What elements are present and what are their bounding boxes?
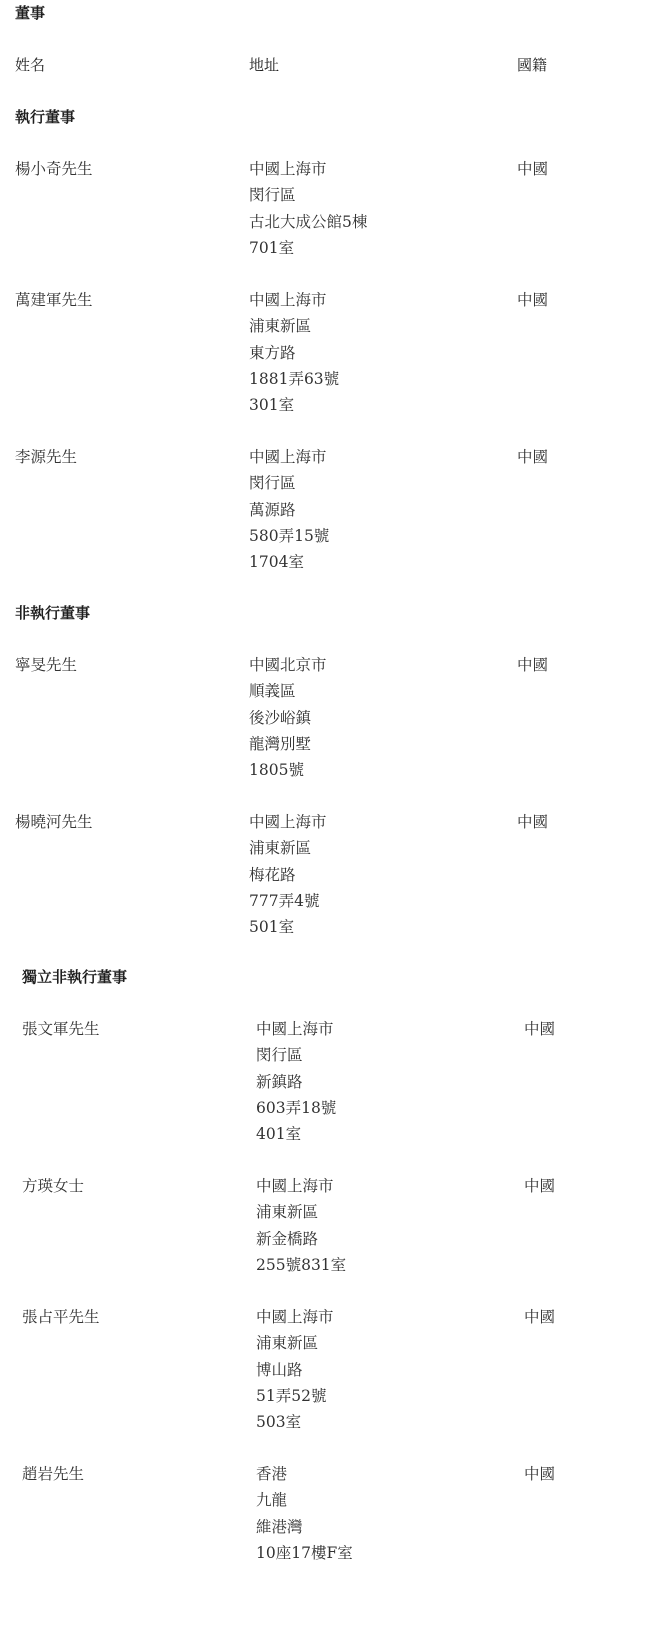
director-nationality: 中國	[517, 444, 548, 470]
page-title: 董事	[15, 0, 45, 26]
address-line: 新鎮路	[256, 1069, 336, 1095]
address-line: 1805號	[249, 757, 327, 783]
director-name: 方瑛女士	[22, 1173, 84, 1199]
director-address: 香港 九龍 維港灣 10座17樓F室	[256, 1461, 353, 1566]
director-name: 楊曉河先生	[15, 809, 93, 835]
address-line: 梅花路	[249, 862, 327, 888]
address-line: 博山路	[256, 1357, 334, 1383]
director-nationality: 中國	[524, 1461, 555, 1487]
address-line: 東方路	[249, 340, 339, 366]
address-line: 閔行區	[249, 470, 329, 496]
address-line: 603弄18號	[256, 1095, 336, 1121]
director-address: 中國上海市 閔行區 萬源路 580弄15號 1704室	[249, 444, 329, 575]
address-line: 1704室	[249, 549, 329, 575]
director-address: 中國北京市 順義區 後沙峪鎮 龍灣別墅 1805號	[249, 652, 327, 783]
address-line: 中國上海市	[249, 444, 329, 470]
director-address: 中國上海市 浦東新區 新金橋路 255號831室	[256, 1173, 346, 1278]
address-line: 中國上海市	[256, 1016, 336, 1042]
director-nationality: 中國	[524, 1173, 555, 1199]
address-line: 後沙峪鎮	[249, 705, 327, 731]
address-line: 閔行區	[256, 1042, 336, 1068]
section-heading-executive: 執行董事	[15, 104, 75, 130]
director-name: 張占平先生	[22, 1304, 100, 1330]
director-nationality: 中國	[517, 156, 548, 182]
address-line: 中國上海市	[256, 1304, 334, 1330]
column-header-address: 地址	[249, 52, 279, 78]
address-line: 777弄4號	[249, 888, 327, 914]
address-line: 九龍	[256, 1487, 353, 1513]
column-header-name: 姓名	[15, 52, 45, 78]
director-nationality: 中國	[517, 809, 548, 835]
address-line: 255號831室	[256, 1252, 346, 1278]
address-line: 中國北京市	[249, 652, 327, 678]
director-address: 中國上海市 浦東新區 梅花路 777弄4號 501室	[249, 809, 327, 940]
address-line: 1881弄63號	[249, 366, 339, 392]
director-name: 李源先生	[15, 444, 77, 470]
address-line: 萬源路	[249, 497, 329, 523]
address-line: 10座17樓F室	[256, 1540, 353, 1566]
address-line: 中國上海市	[249, 156, 367, 182]
section-heading-non-executive: 非執行董事	[15, 600, 90, 626]
director-name: 寧旻先生	[15, 652, 77, 678]
address-line: 維港灣	[256, 1514, 353, 1540]
address-line: 中國上海市	[249, 287, 339, 313]
director-nationality: 中國	[524, 1304, 555, 1330]
address-line: 龍灣別墅	[249, 731, 327, 757]
director-name: 張文軍先生	[22, 1016, 100, 1042]
address-line: 中國上海市	[249, 809, 327, 835]
director-name: 趙岩先生	[22, 1461, 84, 1487]
section-heading-independent-non-executive: 獨立非執行董事	[22, 964, 127, 990]
address-line: 501室	[249, 914, 327, 940]
director-nationality: 中國	[517, 652, 548, 678]
director-address: 中國上海市 浦東新區 東方路 1881弄63號 301室	[249, 287, 339, 418]
director-address: 中國上海市 浦東新區 博山路 51弄52號 503室	[256, 1304, 334, 1435]
address-line: 浦東新區	[256, 1199, 346, 1225]
address-line: 51弄52號	[256, 1383, 334, 1409]
address-line: 順義區	[249, 678, 327, 704]
address-line: 閔行區	[249, 182, 367, 208]
address-line: 古北大成公館5棟	[249, 209, 367, 235]
address-line: 401室	[256, 1121, 336, 1147]
address-line: 301室	[249, 392, 339, 418]
address-line: 浦東新區	[249, 835, 327, 861]
director-address: 中國上海市 閔行區 新鎮路 603弄18號 401室	[256, 1016, 336, 1147]
address-line: 701室	[249, 235, 367, 261]
address-line: 浦東新區	[249, 313, 339, 339]
address-line: 浦東新區	[256, 1330, 334, 1356]
director-nationality: 中國	[524, 1016, 555, 1042]
address-line: 香港	[256, 1461, 353, 1487]
director-name: 楊小奇先生	[15, 156, 93, 182]
director-name: 萬建軍先生	[15, 287, 93, 313]
director-address: 中國上海市 閔行區 古北大成公館5棟 701室	[249, 156, 367, 261]
column-header-nationality: 國籍	[517, 52, 547, 78]
address-line: 新金橋路	[256, 1226, 346, 1252]
address-line: 503室	[256, 1409, 334, 1435]
address-line: 580弄15號	[249, 523, 329, 549]
director-nationality: 中國	[517, 287, 548, 313]
address-line: 中國上海市	[256, 1173, 346, 1199]
